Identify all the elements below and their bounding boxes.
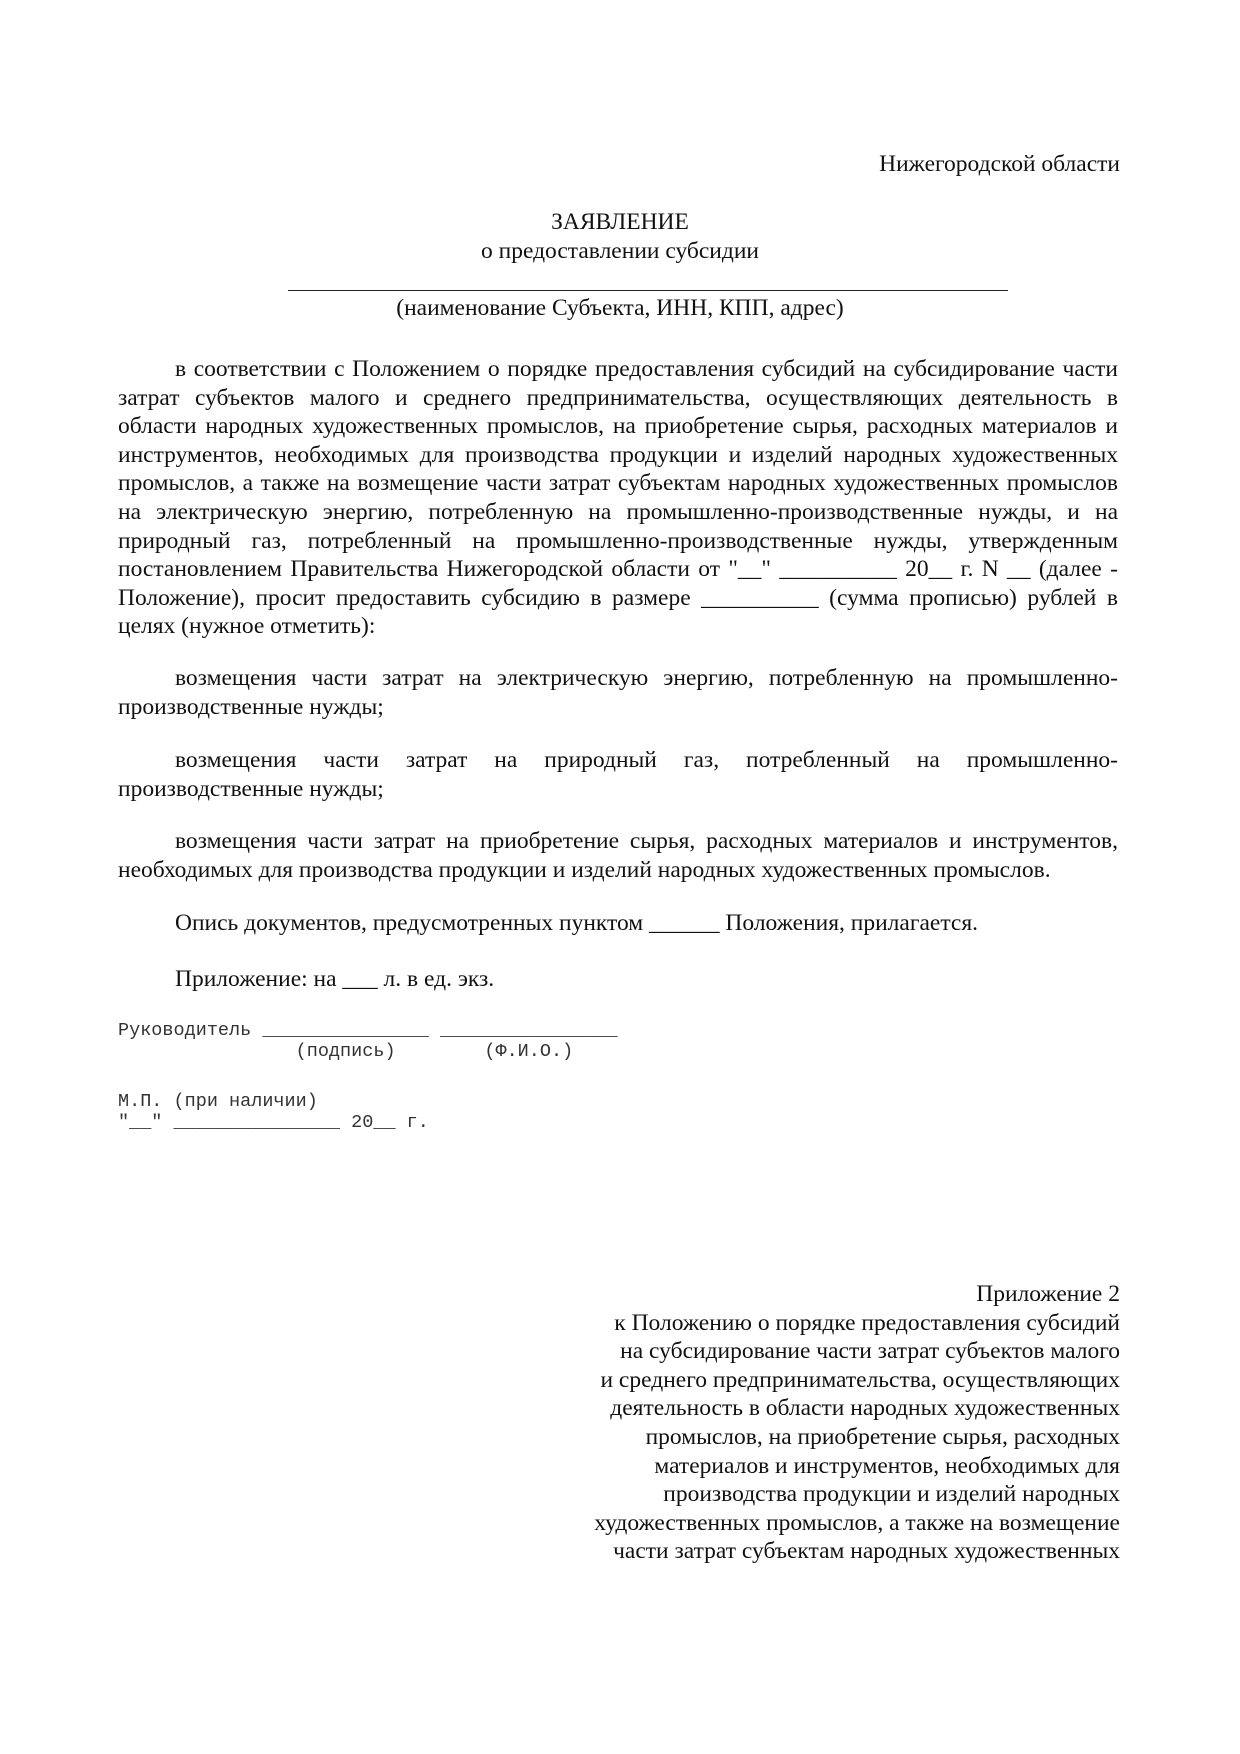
inventory-statement: Опись документов, предусмотренных пункто… xyxy=(118,909,1118,938)
option-natural-gas: возмещения части затрат на природный газ… xyxy=(118,746,1118,803)
appendix-line: промыслов, на приобретение сырья, расход… xyxy=(520,1423,1120,1452)
appendix-line: Приложение 2 xyxy=(520,1280,1120,1309)
appendix-header: Приложение 2 к Положению о порядке предо… xyxy=(520,1280,1120,1566)
signature-captions: (подпись) (Ф.И.О.) xyxy=(118,1041,618,1062)
appendix-line: и среднего предпринимательства, осуществ… xyxy=(520,1366,1120,1395)
appendix-line: к Положению о порядке предоставления суб… xyxy=(520,1309,1120,1338)
appendix-line: части затрат субъектам народных художест… xyxy=(520,1537,1120,1566)
option-raw-materials: возмещения части затрат на приобретение … xyxy=(118,827,1118,884)
appendix-line: художественных промыслов, а также на воз… xyxy=(520,1509,1120,1538)
stamp-date-block: М.П. (при наличии) "__" _______________ … xyxy=(118,1091,429,1133)
appendix-line: материалов и инструментов, необходимых д… xyxy=(520,1452,1120,1481)
appendix-line: на субсидирование части затрат субъектов… xyxy=(520,1337,1120,1366)
option-electricity: возмещения части затрат на электрическую… xyxy=(118,664,1118,721)
attachment-statement: Приложение: на ___ л. в ед. экз. xyxy=(118,965,1118,994)
applicant-blank-line xyxy=(288,290,1008,291)
main-paragraph: в соответствии с Положением о порядке пр… xyxy=(118,355,1118,641)
appendix-line: деятельность в области народных художест… xyxy=(520,1394,1120,1423)
date-line: "__" _______________ 20__ г. xyxy=(118,1112,429,1133)
document-title: ЗАЯВЛЕНИЕ xyxy=(0,208,1240,237)
document-page: Нижегородской области ЗАЯВЛЕНИЕ о предос… xyxy=(0,0,1240,1754)
signature-block: Руководитель _______________ ___________… xyxy=(118,1020,618,1062)
applicant-field-caption: (наименование Субъекта, ИНН, КПП, адрес) xyxy=(0,294,1240,323)
document-subtitle: о предоставлении субсидии xyxy=(0,237,1240,266)
signature-line: Руководитель _______________ ___________… xyxy=(118,1020,618,1041)
stamp-label: М.П. (при наличии) xyxy=(118,1091,429,1112)
appendix-line: производства продукции и изделий народны… xyxy=(520,1480,1120,1509)
region-header: Нижегородской области xyxy=(879,150,1120,179)
